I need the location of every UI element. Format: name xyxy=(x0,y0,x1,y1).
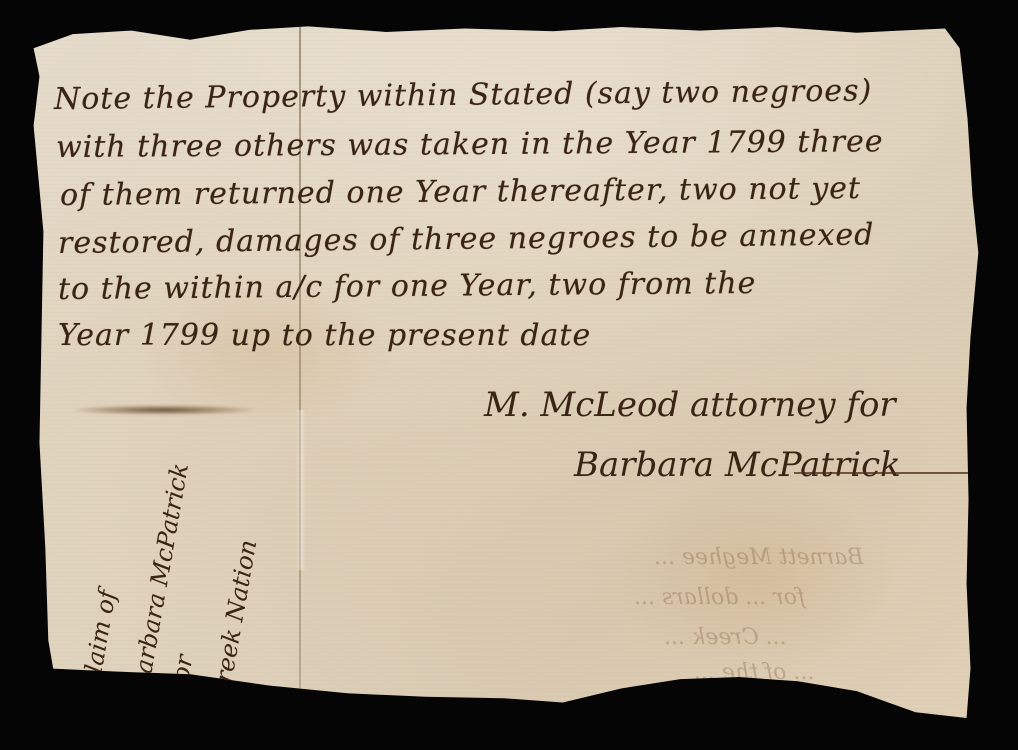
signature-attorney: M. McLeod attorney for xyxy=(484,385,896,425)
manuscript-page: Barnett Meghee ... for ... dollars ... .… xyxy=(14,20,994,725)
docket-line-3: or xyxy=(166,653,198,683)
body-line-3: of them returned one Year thereafter, tw… xyxy=(60,171,861,213)
bleed-through-text: Barnett Meghee ... xyxy=(654,545,863,570)
signature-underline xyxy=(794,472,974,474)
body-line-5: to the within a/c for one Year, two from… xyxy=(58,266,757,307)
bleed-through-text: for ... dollars ... xyxy=(634,585,805,610)
body-line-2: with three others was taken in the Year … xyxy=(56,124,884,165)
document-viewer: Barnett Meghee ... for ... dollars ... .… xyxy=(0,0,1018,750)
docket-endorsement: Claim of Barbara McPatrick or Creek Nati… xyxy=(74,515,244,715)
body-line-6: Year 1799 up to the present date xyxy=(58,318,591,353)
bleed-through-text: ... of the ... xyxy=(694,660,814,685)
docket-line-4: Creek Nation xyxy=(206,538,262,703)
signature-claimant: Barbara McPatrick xyxy=(574,445,901,485)
bleed-through-text: ... Creek ... xyxy=(664,625,787,650)
water-stain xyxy=(614,480,894,680)
body-line-1: Note the Property within Stated (say two… xyxy=(54,73,873,117)
fold-crease xyxy=(296,410,306,570)
docket-line-1: Claim of xyxy=(76,588,121,693)
body-line-4: restored, damages of three negroes to be… xyxy=(58,217,875,261)
